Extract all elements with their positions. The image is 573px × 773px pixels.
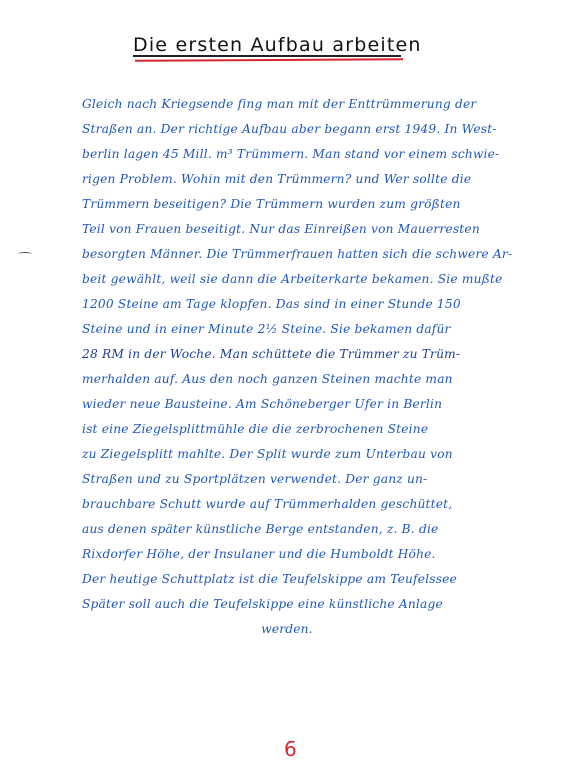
text-line: Steine und in einer Minute 2½ Steine. Si…	[82, 317, 522, 342]
text-line: merhalden auf. Aus den noch ganzen Stein…	[82, 367, 522, 392]
text-line: Straßen und zu Sportplätzen verwendet. D…	[82, 467, 522, 492]
text-line: rigen Problem. Wohin mit den Trümmern? u…	[82, 167, 522, 192]
document-page: Die ersten Aufbau arbeiten Gleich nach K…	[0, 0, 573, 773]
title-underline-red	[135, 58, 403, 61]
text-line: Trümmern beseitigen? Die Trümmern wurden…	[82, 192, 522, 217]
punch-hole-mark	[18, 252, 32, 256]
text-line: besorgten Männer. Die Trümmerfrauen hatt…	[82, 242, 522, 267]
page-title: Die ersten Aufbau arbeiten	[133, 34, 403, 56]
text-line: 28 RM in der Woche. Man schüttete die Tr…	[82, 342, 522, 367]
text-line: Gleich nach Kriegsende fing man mit der …	[82, 92, 522, 117]
text-line: werden.	[82, 617, 522, 642]
text-line: Später soll auch die Teufelskippe eine k…	[82, 592, 522, 617]
handwritten-body: Gleich nach Kriegsende fing man mit der …	[82, 92, 522, 642]
text-line: 1200 Steine am Tage klopfen. Das sind in…	[82, 292, 522, 317]
text-line: Rixdorfer Höhe, der Insulaner und die Hu…	[82, 542, 522, 567]
text-line: Teil von Frauen beseitigt. Nur das Einre…	[82, 217, 522, 242]
title-underline	[133, 55, 401, 57]
text-line: zu Ziegelsplitt mahlte. Der Split wurde …	[82, 442, 522, 467]
text-line: berlin lagen 45 Mill. m³ Trümmern. Man s…	[82, 142, 522, 167]
text-line-content: brauchbare Schutt wurde auf Trümmerhalde…	[82, 497, 452, 511]
page-number: 6	[284, 737, 297, 761]
text-line: brauchbare Schutt wurde auf Trümmerhalde…	[82, 492, 522, 517]
text-line: ist eine Ziegelsplittmühle die die zerbr…	[82, 417, 522, 442]
text-line: wieder neue Bausteine. Am Schöneberger U…	[82, 392, 522, 417]
text-line: beit gewählt, weil sie dann die Arbeiter…	[82, 267, 522, 292]
text-line: Straßen an. Der richtige Aufbau aber beg…	[82, 117, 522, 142]
text-line: aus denen später künstliche Berge entsta…	[82, 517, 522, 542]
text-line: Der heutige Schuttplatz ist die Teufelsk…	[82, 567, 522, 592]
title-block: Die ersten Aufbau arbeiten	[133, 34, 403, 56]
